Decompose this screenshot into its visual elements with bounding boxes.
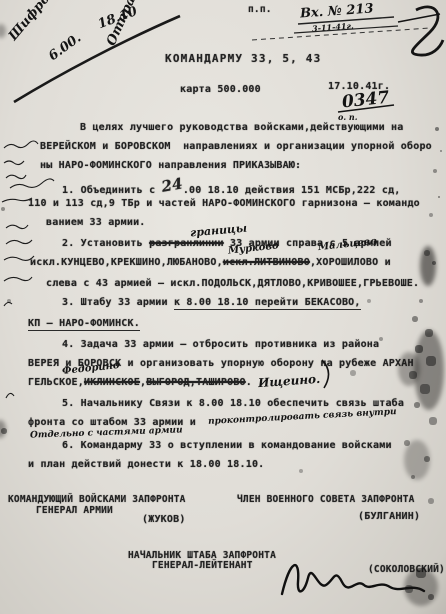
item2-line2-struck: искл.ЛИТВИНОВО <box>223 257 310 268</box>
order-item-4-line1: 4. Задача 33 армии — отбросить противник… <box>62 339 379 350</box>
marginal-scribble <box>4 161 24 165</box>
signature-right-name: (БУЛГАНИН) <box>358 511 420 522</box>
handwritten-time-correction: 24 <box>160 174 184 195</box>
handwritten-note-word: Отправл. <box>104 0 148 48</box>
map-scale-note: карта 500.000 <box>180 84 261 95</box>
intro-line: ны НАРО-ФОМИНСКОГО направления ПРИКАЗЫВА… <box>40 160 301 171</box>
item3-underlined1: к 8.00 18.10 перейти БЕКАСОВО, <box>174 297 361 310</box>
item2-line2-pre: искл.КУНЦЕВО,КРЕКШИНО,ЛЮБАНОВО, <box>30 257 223 268</box>
item2-struck-word: разгранлинии <box>149 238 224 249</box>
handwritten-insertion: проконтролировать связь внутри <box>208 407 397 427</box>
item4-line3-pre: ГЕЛЬСКОЕ, <box>28 377 84 388</box>
signature-left-rank: ГЕНЕРАЛ АРМИИ <box>36 505 113 516</box>
order-item-6-line1: 6. Командарму 33 о вступлении в командов… <box>62 440 392 451</box>
item2-line2-post: ,ХОРОШИЛОВО и <box>310 257 391 268</box>
marginal-scribble <box>4 277 32 281</box>
order-item-1-line1: 1. Объединить с 24.00 18.10 действия 151… <box>62 179 401 197</box>
scanned-order-document: Шифром 6.00. 18.10 Отправл. п.п. Вх. № 2… <box>0 0 446 614</box>
order-item-1-line2: 110 и 113 сд,9 ТБр и частей НАРО-ФОМИНСК… <box>28 198 420 209</box>
handwritten-note-word: Шифром <box>6 0 61 44</box>
order-item-4-line3: ГЕЛЬСКОЕ,ИКЛИНСКОЕ,ВЫГОРОД,ТАШИРОВО. <box>28 377 252 388</box>
item4-line3-struck1: ИКЛИНСКОЕ <box>84 377 140 388</box>
addressee-line: КОМАНДАРМУ 33, 5, 43 <box>165 52 321 65</box>
top-center-mark: п.п. <box>248 4 272 15</box>
signature-left-name: (ЖУКОВ) <box>142 514 186 525</box>
handwritten-diagonal-stroke <box>14 16 180 102</box>
order-item-6-line2: и план действий донести к 18.00 18.10. <box>28 459 264 470</box>
item3-pre: 3. Штабу 33 армии <box>62 297 174 308</box>
order-item-3-line1: 3. Штабу 33 армии к 8.00 18.10 перейти Б… <box>62 297 361 308</box>
order-item-2-line3: слева с 43 армией — искл.ПОДОЛЬСК,ДЯТЛОВ… <box>46 278 419 289</box>
received-stamp-date: 3-11-41г. <box>312 21 354 34</box>
flourish-cross-stroke <box>398 14 440 22</box>
marginal-scribble <box>10 179 54 188</box>
item1-post: .00 18.10 действия 151 МСБр,222 сд, <box>183 185 401 196</box>
page-number-flourish <box>412 7 443 55</box>
handwritten-addition-ishcheino: Ищеино. <box>258 372 321 390</box>
order-item-5-line1: 5. Начальнику Связи к 8.00 18.10 обеспеч… <box>62 398 404 409</box>
scan-blotch <box>404 440 430 480</box>
scan-blotch <box>0 420 6 438</box>
order-item-1-line3: ванием 33 армии. <box>46 217 146 228</box>
marginal-scribble <box>4 302 12 306</box>
intro-line: ВЕРЕЙСКОМ и БОРОВСКОМ направлениях и орг… <box>40 141 432 152</box>
item1-pre: 1. Объединить с <box>62 185 162 196</box>
item4-line3-struck2: ВЫГОРОД,ТАШИРОВО <box>146 377 246 388</box>
marginal-scribble <box>6 175 26 179</box>
order-item-3-line2: КП — НАРО-ФОМИНСК. <box>28 318 140 331</box>
number-sub-note: о. п. <box>338 112 358 122</box>
order-item-2-line2: искл.КУНЦЕВО,КРЕКШИНО,ЛЮБАНОВО,искл.ЛИТВ… <box>30 257 391 268</box>
marginal-scribble <box>6 240 32 244</box>
scan-blotch <box>404 568 438 606</box>
received-stamp-number: Вх. № 213 <box>300 1 374 21</box>
signature-right-title: ЧЛЕН ВОЕННОГО СОВЕТА ЗАПФРОНТА <box>237 494 415 505</box>
marginal-scribble <box>6 393 14 398</box>
scan-blotch <box>398 352 420 386</box>
signature-chief-rank: ГЕНЕРАЛ-ЛЕЙТЕНАНТ <box>152 560 253 571</box>
intro-line: В целях лучшего руководства войсками,дей… <box>80 122 403 133</box>
scan-speckles <box>0 0 2 2</box>
item2-pre: 2. Установить <box>62 238 149 249</box>
marginal-scribble <box>4 141 38 148</box>
marginal-scribble <box>6 225 28 229</box>
item4-line3-end: . <box>246 377 252 388</box>
handwritten-incoming-number: 0347 <box>341 88 390 113</box>
scan-blotch <box>0 24 6 38</box>
handwritten-correction-granitsy: границы <box>190 222 248 240</box>
scan-blotch <box>420 246 436 286</box>
signature-left-title: КОМАНДУЮЩИЙ ВОЙСКАМИ ЗАПФРОНТА <box>8 494 186 505</box>
handwritten-note-word: 6.00. <box>46 31 84 64</box>
